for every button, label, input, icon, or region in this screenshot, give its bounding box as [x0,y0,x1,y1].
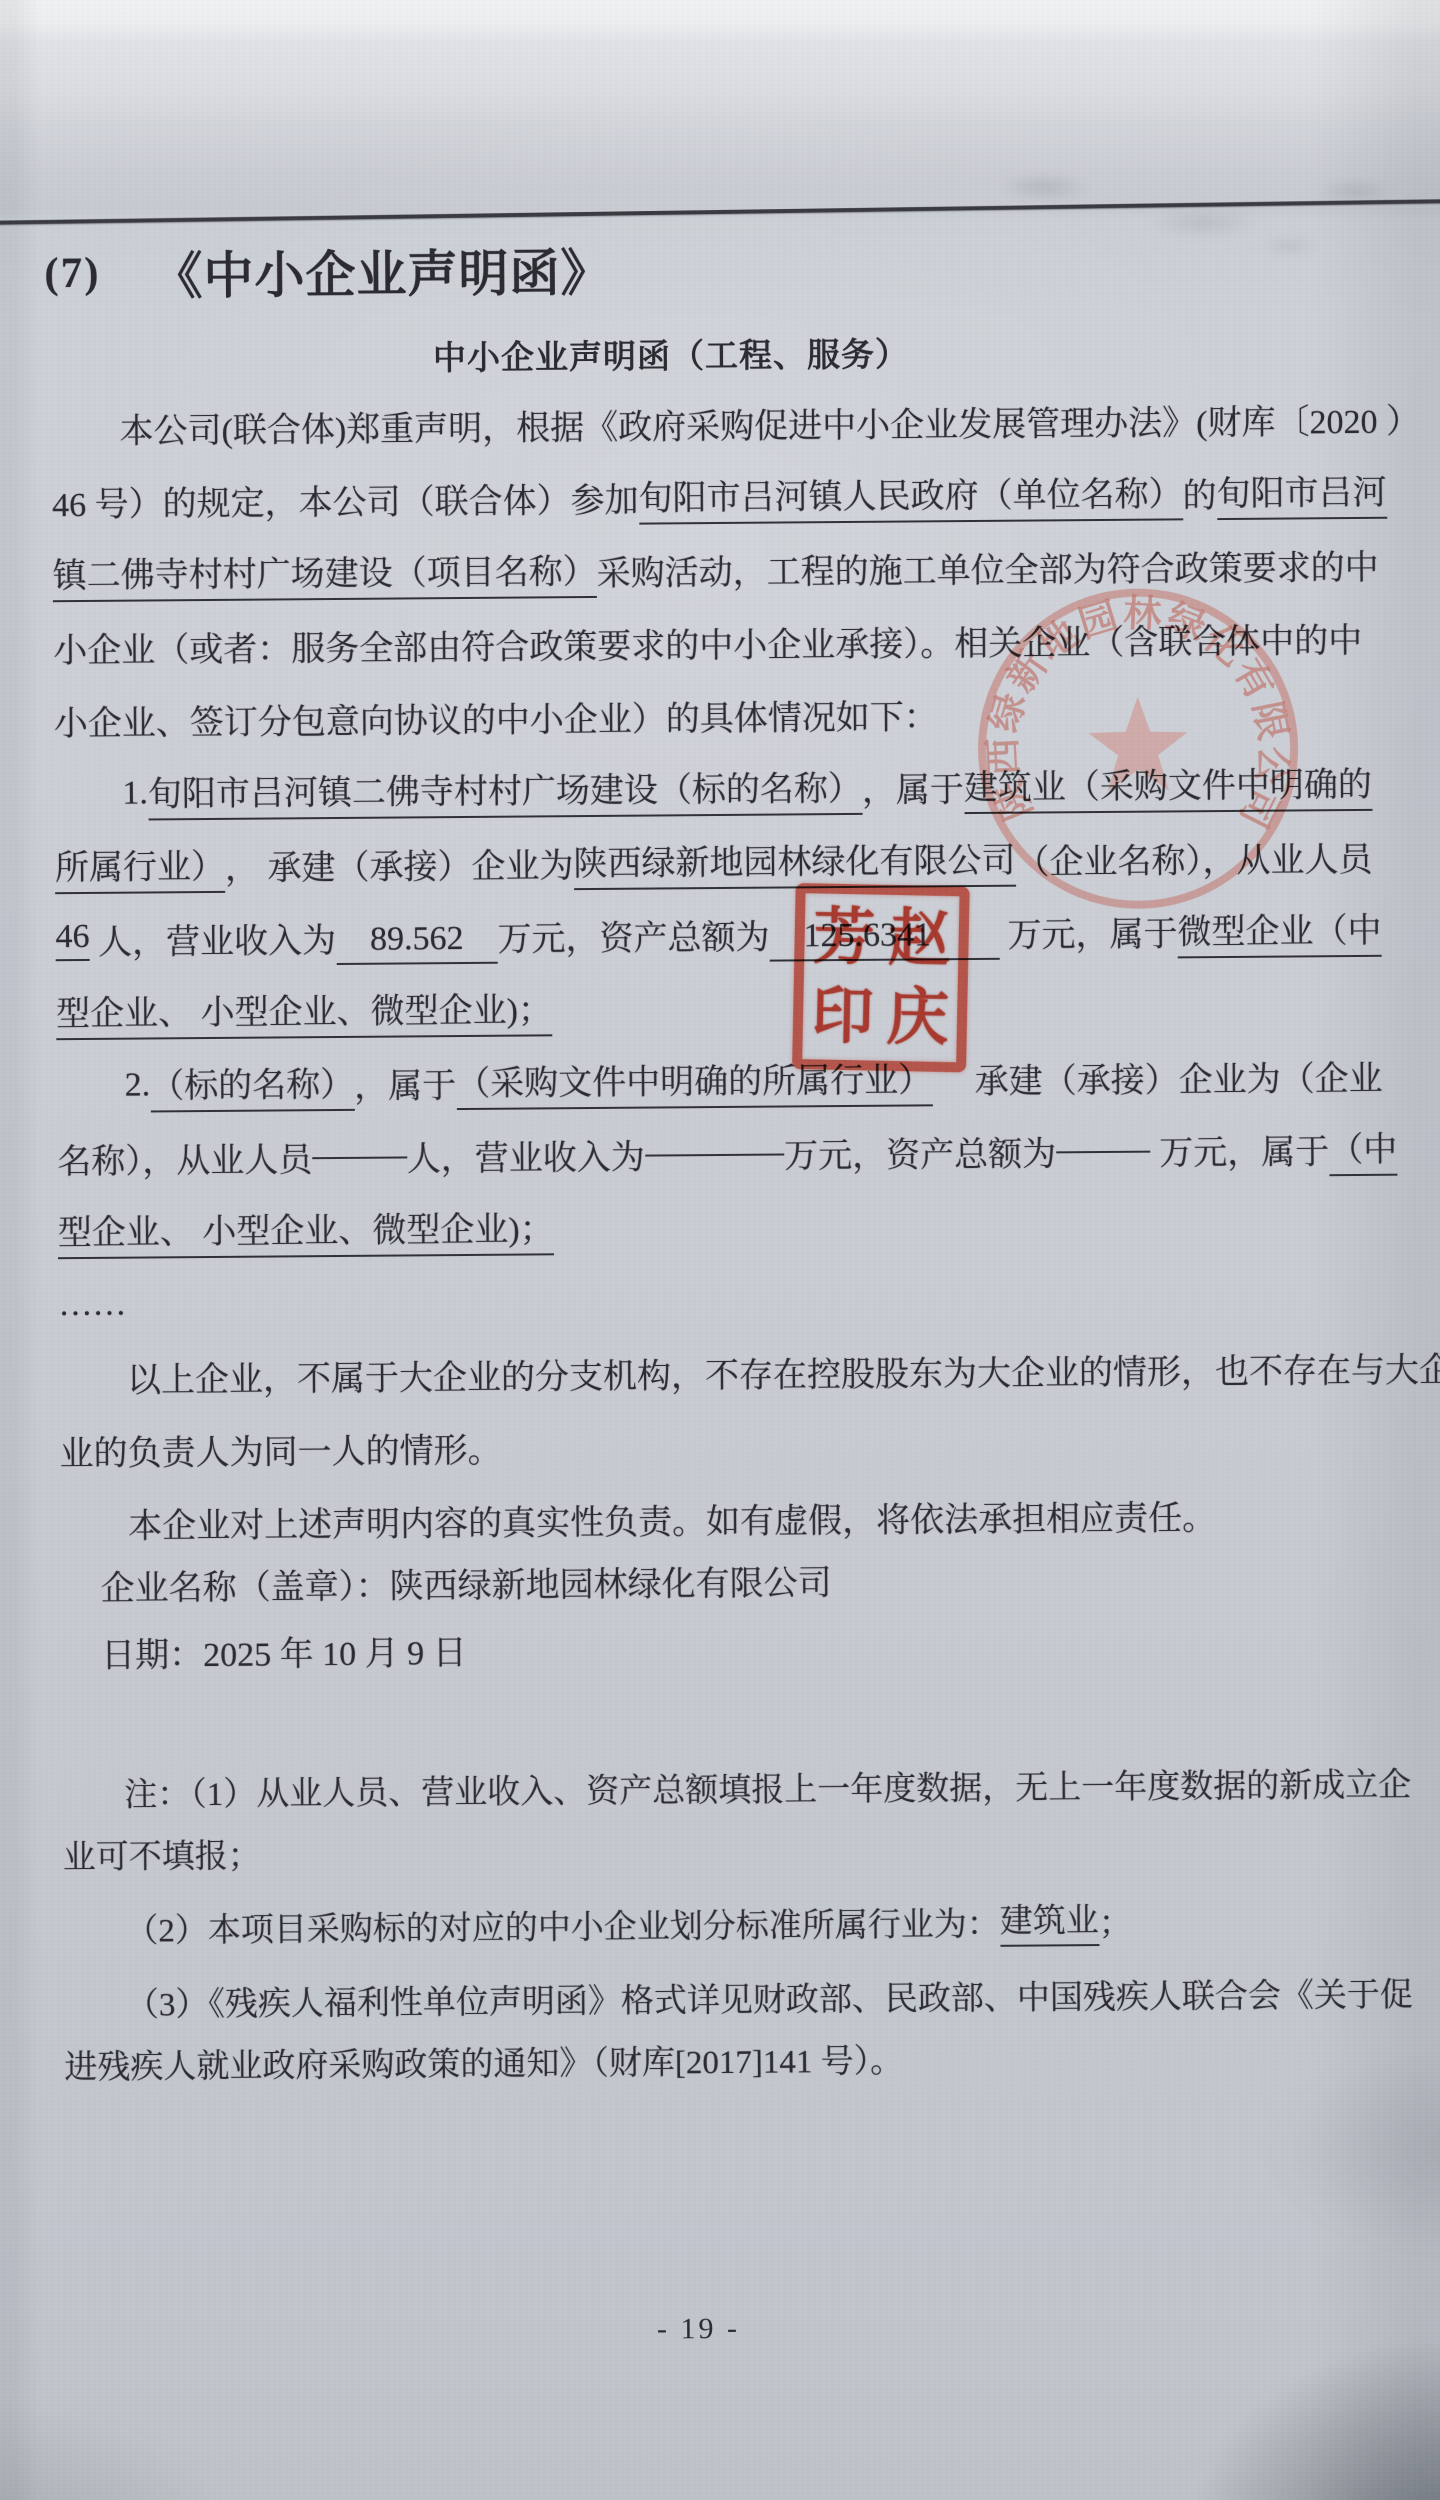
photo-grain [0,0,1440,2500]
scanned-document-photo: (7) 《中小企业声明函》 中小企业声明函（工程、服务） 本公司(联合体)郑重声… [0,0,1440,2500]
